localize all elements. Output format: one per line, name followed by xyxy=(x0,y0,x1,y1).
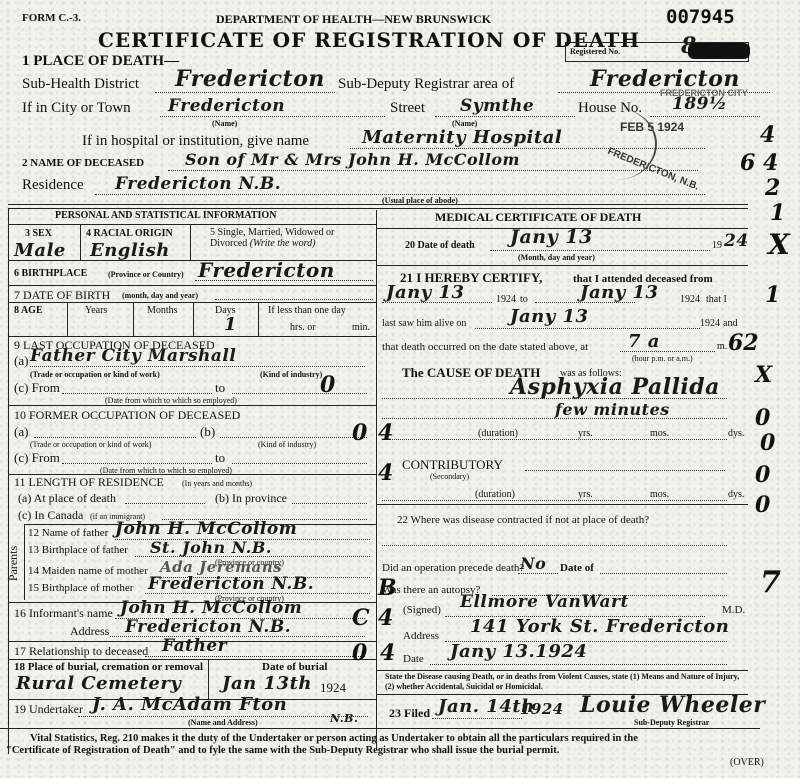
city-stamp: FREDERICTON CITY xyxy=(660,88,748,98)
attended-to-value: Jany 13 xyxy=(580,282,659,303)
signature-date-value: Jany 13.1924 xyxy=(450,641,587,662)
death-occurred-label: that death occurred on the date stated a… xyxy=(382,341,588,353)
margin-code: 0 xyxy=(320,372,335,398)
burial-date-label: Date of burial xyxy=(262,661,327,673)
department-heading: DEPARTMENT OF HEALTH—NEW BRUNSWICK xyxy=(216,12,491,27)
contributory-label: CONTRIBUTORY xyxy=(402,457,503,473)
margin-code: 0 xyxy=(755,492,770,518)
undertaker-extra: N.B. xyxy=(330,712,358,725)
registrar-signature: Louie Wheeler xyxy=(580,692,765,718)
place-of-death-label: 1 PLACE OF DEATH— xyxy=(22,53,179,70)
burial-place-value: Rural Cemetery xyxy=(16,673,181,694)
death-certificate: FORM C.-3. DEPARTMENT OF HEALTH—NEW BRUN… xyxy=(0,0,800,778)
deceased-name-label: 2 NAME OF DECEASED xyxy=(22,157,144,169)
last-occupation-value: Father City Marshall xyxy=(30,346,236,366)
former-occupation-from-label: (c) From xyxy=(14,450,60,466)
age-months-label: Months xyxy=(147,305,178,316)
disease-contracted-label: 22 Where was disease contracted if not a… xyxy=(397,514,649,526)
margin-code: 4 xyxy=(378,460,393,486)
age-hrs-label: hrs. or xyxy=(290,322,316,333)
serial-number: 007945 xyxy=(666,6,735,28)
margin-code: 0 xyxy=(755,405,770,431)
attended-from-value: Jany 13 xyxy=(386,282,465,303)
mother-name-label: 14 Maiden name of mother xyxy=(28,565,148,577)
physician-signature: Ellmore VanWart xyxy=(460,592,629,612)
date-of-birth-hint: (month, day and year) xyxy=(122,291,198,300)
father-birthplace-value: St. John N.B. xyxy=(150,538,272,557)
margin-code: 4 xyxy=(378,420,393,446)
informant-address-label: Address xyxy=(70,624,109,639)
redaction-mark xyxy=(688,43,750,59)
margin-code: 62 xyxy=(728,330,759,356)
city-label: If in City or Town xyxy=(22,100,131,117)
age-min-label: min. xyxy=(352,322,370,333)
sub-health-district-value: Fredericton xyxy=(175,66,325,92)
relationship-label: 17 Relationship to deceased xyxy=(14,644,148,659)
birthplace-hint: (Province or Country) xyxy=(108,270,184,279)
dates-caption: (Date from which to which so employed) xyxy=(105,396,237,405)
cause-instructions: State the Disease causing Death, or in d… xyxy=(385,672,740,692)
hospital-label: If in hospital or institution, give name xyxy=(82,133,309,150)
informant-address-value: Fredericton N.B. xyxy=(125,617,291,637)
birthplace-label: 6 BIRTHPLACE xyxy=(14,268,87,279)
sub-health-district-label: Sub-Health District xyxy=(22,76,139,93)
medical-heading: MEDICAL CERTIFICATE OF DEATH xyxy=(435,210,641,225)
margin-code: 1 xyxy=(765,282,780,308)
margin-code: 2 xyxy=(765,175,780,201)
burial-date-value: Jan 13th xyxy=(222,673,312,694)
city-name-caption: (Name) xyxy=(212,119,237,128)
registrar-caption: Sub-Deputy Registrar xyxy=(634,718,709,727)
former-occupation-label: 10 FORMER OCCUPATION OF DECEASED xyxy=(14,408,240,423)
footer-notice-line2: "Certificate of Registration of Death" a… xyxy=(6,745,559,756)
last-occupation-from-label: (c) From xyxy=(14,380,60,396)
column-divider xyxy=(376,210,377,750)
registered-no-label: Registered No. xyxy=(570,47,620,56)
city-value: Fredericton xyxy=(168,96,285,116)
informant-name-label: 16 Informant's name xyxy=(14,606,113,621)
in-province-label: (b) In province xyxy=(215,491,287,506)
section-divider xyxy=(8,204,748,209)
margin-code: 4 xyxy=(380,640,395,666)
death-year-value: 24 xyxy=(724,231,749,251)
date-of-birth-label: 7 DATE OF BIRTH xyxy=(14,288,110,303)
footer-notice-line1: Vital Statistics, Reg. 210 makes it the … xyxy=(30,733,638,744)
form-number: FORM C.-3. xyxy=(22,12,81,24)
residence-value: Fredericton N.B. xyxy=(115,174,281,194)
death-time-value: 7 a xyxy=(628,331,660,352)
trade-caption: (Trade or occupation or kind of work) xyxy=(30,370,160,379)
racial-origin-label: 4 RACIAL ORIGIN xyxy=(86,228,173,239)
mother-birthplace-value: Fredericton N.B. xyxy=(148,574,314,594)
filed-year-value: 1924 xyxy=(520,700,564,718)
operation-label: Did an operation precede death? xyxy=(382,562,524,574)
margin-code: X xyxy=(755,362,772,388)
deceased-name-value: Son of Mr & Mrs John H. McCollom xyxy=(185,150,520,169)
cause-duration-value: few minutes xyxy=(555,400,670,419)
father-name-label: 12 Name of father xyxy=(28,527,108,539)
informant-name-value: John H. McCollom xyxy=(120,598,302,618)
margin-code: 0 xyxy=(755,462,770,488)
physician-address-value: 141 York St. Fredericton xyxy=(470,616,729,637)
margin-code: B xyxy=(378,575,397,601)
margin-code: 4 xyxy=(760,122,775,148)
mother-birthplace-label: 15 Birthplace of mother xyxy=(28,582,133,594)
parents-side-label: Parents xyxy=(6,546,21,581)
father-name-value: John H. McCollom xyxy=(115,519,297,539)
age-less-label: If less than one day xyxy=(268,305,346,316)
residence-label: Residence xyxy=(22,177,84,194)
in-canada-label: (c) In Canada xyxy=(18,508,83,523)
age-years-label: Years xyxy=(85,305,107,316)
age-label: 8 AGE xyxy=(14,305,43,316)
operation-value: No xyxy=(520,554,546,573)
undertaker-label: 19 Undertaker xyxy=(14,702,83,717)
street-value: Symthe xyxy=(460,96,534,116)
registered-no-box: Registered No. 8 xyxy=(565,42,749,62)
sex-label: 3 SEX xyxy=(25,228,52,239)
relationship-value: Father xyxy=(162,636,227,656)
date-of-death-label: 20 Date of death xyxy=(405,240,475,251)
birthplace-value: Fredericton xyxy=(198,258,335,282)
date-of-death-value: Jany 13 xyxy=(510,226,593,248)
last-saw-label: last saw him alive on xyxy=(382,318,466,329)
margin-code: 4 xyxy=(378,605,393,631)
last-saw-value: Jany 13 xyxy=(510,306,589,327)
margin-code: X xyxy=(768,228,790,261)
length-of-residence-label: 11 LENGTH OF RESIDENCE xyxy=(14,475,164,490)
margin-code: 0 xyxy=(760,430,775,456)
hospital-value: Maternity Hospital xyxy=(362,127,562,148)
sex-value: Male xyxy=(14,240,66,261)
certificate-title: CERTIFICATE OF REGISTRATION OF DEATH xyxy=(98,28,640,52)
burial-place-label: 18 Place of burial, cremation or removal xyxy=(14,661,203,673)
undertaker-caption: (Name and Address) xyxy=(188,718,258,727)
margin-code: 0 xyxy=(352,420,367,446)
filed-label: 23 Filed xyxy=(389,706,430,721)
margin-code: 0 xyxy=(352,640,367,666)
father-birthplace-label: 13 Birthplace of father xyxy=(28,544,128,556)
margin-code: C xyxy=(352,605,370,631)
cause-of-death-value: Asphyxia Pallida xyxy=(510,374,720,400)
at-place-of-death-label: (a) At place of death xyxy=(18,491,116,506)
industry-caption: (Kind of industry) xyxy=(260,370,322,379)
sub-deputy-label: Sub-Deputy Registrar area of xyxy=(338,76,514,93)
marital-status-label: 5 Single, Married, Widowed or Divorced (… xyxy=(210,227,370,249)
racial-origin-value: English xyxy=(90,240,170,261)
margin-code: 6 4 xyxy=(740,150,778,176)
personal-heading: PERSONAL AND STATISTICAL INFORMATION xyxy=(55,210,276,221)
margin-code: 1 xyxy=(770,200,785,226)
margin-code: 7 xyxy=(760,565,781,600)
over-label: (OVER) xyxy=(730,757,764,768)
burial-year-value: 1924 xyxy=(320,680,346,696)
age-days-value: 1 xyxy=(224,314,237,335)
undertaker-value: J. A. McAdam Fton xyxy=(92,694,287,715)
street-label: Street xyxy=(390,100,425,117)
